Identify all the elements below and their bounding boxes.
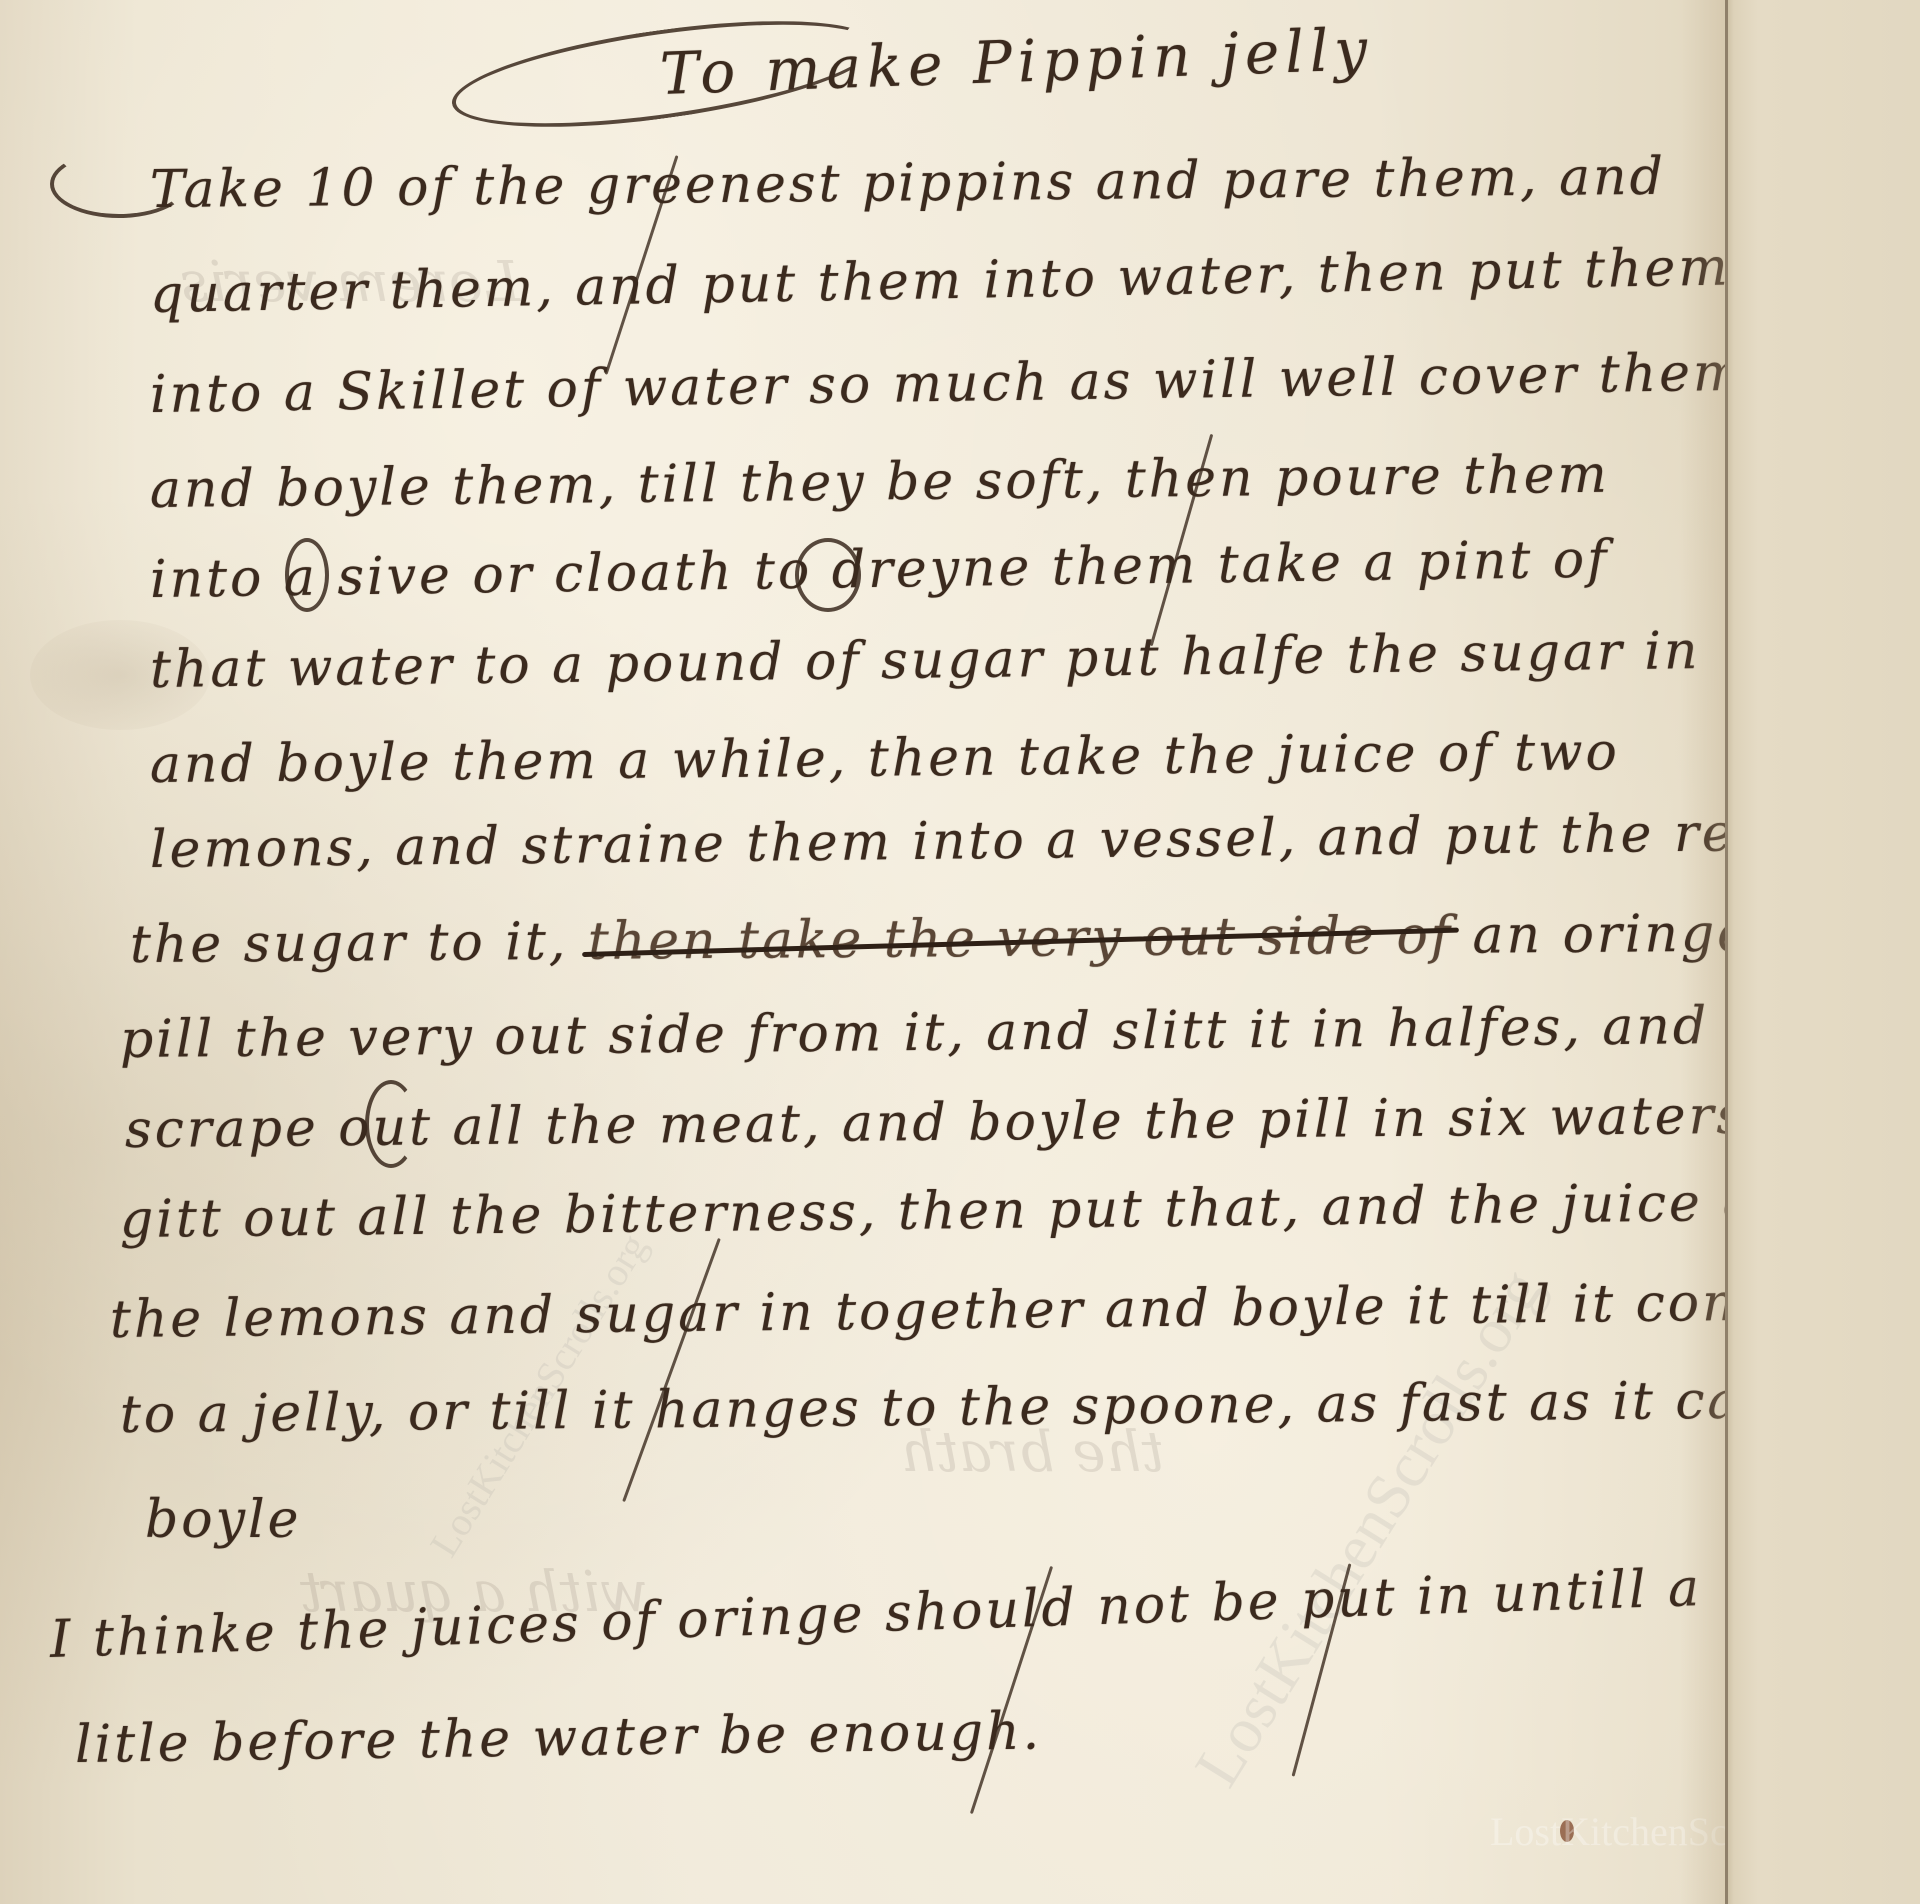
recipe-line-3: into a Skillet of water so much as will … (150, 343, 1746, 425)
manuscript-page: Lorem veris the brath with a quart LostK… (0, 0, 1725, 1904)
note-line-2: litle before the water be enough. (75, 1702, 1043, 1775)
recipe-line-9: the sugar to it, then take the very out … (130, 904, 1771, 975)
recipe-line-15: boyle (145, 1490, 301, 1550)
line-9-text-before: the sugar to it, (130, 912, 569, 975)
recipe-line-2: quarter them, and put them into water, t… (149, 237, 1731, 325)
recipe-line-12: gitt out all the bitterness, then put th… (120, 1173, 1779, 1250)
recipe-line-6: that water to a pound of sugar put halfe… (150, 621, 1701, 700)
recipe-line-5: into a sive or cloath to dreyne them tak… (150, 530, 1610, 610)
recipe-line-14: to a jelly, or till it hanges to the spo… (120, 1371, 1779, 1445)
descender-stroke (622, 1238, 721, 1502)
paper-stain (1560, 1820, 1574, 1842)
recipe-line-7: and boyle them a while, then take the ju… (150, 722, 1620, 795)
page-fold-strip (1725, 0, 1920, 1904)
recipe-line-4: and boyle them, till they be soft, then … (150, 445, 1610, 520)
note-line-1: I thinke the juices of oringe should not… (49, 1558, 1703, 1670)
recipe-line-1: Take 10 of the greenest pippins and pare… (150, 147, 1666, 220)
struck-through-text: then take the very out side of (588, 906, 1454, 972)
recipe-title: To make Pippin jelly (659, 15, 1374, 108)
recipe-line-8: lemons, and straine them into a vessel, … (150, 802, 1866, 880)
recipe-line-13: the lemons and sugar in together and boy… (110, 1272, 1789, 1350)
recipe-line-10: pill the very out side from it, and slit… (120, 996, 1710, 1070)
recipe-line-11: scrape out all the meat, and boyle the p… (125, 1085, 1824, 1160)
